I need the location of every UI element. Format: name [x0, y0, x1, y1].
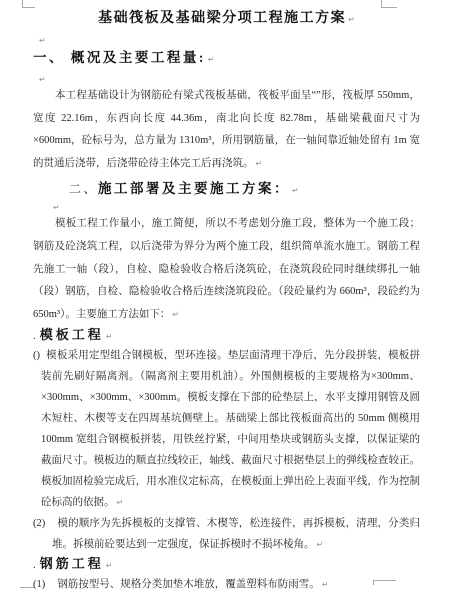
heading-bullet: .: [33, 559, 36, 571]
formwork-list-item-2: (2)模的顺序为先拆模板的支撑管、木楔等，松连接件，再拆模板，清理，分类归堆。拆…: [33, 513, 420, 555]
section2-paragraph-text: 模板工程工作量小，施工简便，所以不考虑划分施工段，整体为一个施工段；钢筋及砼浇筑…: [33, 218, 420, 319]
empty-paragraph: ↵: [33, 31, 420, 48]
section1-heading: 一、 概况及主要工程量:↵: [33, 48, 420, 70]
section1-paragraph-text: 本工程基础设计为钢筋砼有梁式筏板基础，筏板平面呈“”形，筏板厚 550mm，宽度…: [33, 90, 420, 169]
paragraph-mark: ↵: [53, 203, 60, 212]
paragraph-mark: ↵: [39, 36, 46, 45]
paragraph-mark: ↵: [256, 159, 263, 168]
crop-mark-bottom-right: [373, 580, 396, 585]
document-page: 基础筏板及基础梁分项工程施工方案↵ ↵ 一、 概况及主要工程量:↵ ↵ 本工程基…: [0, 0, 450, 592]
document-content: 基础筏板及基础梁分项工程施工方案↵ ↵ 一、 概况及主要工程量:↵ ↵ 本工程基…: [0, 0, 450, 592]
document-title-text: 基础筏板及基础梁分项工程施工方案: [98, 11, 346, 26]
formwork-heading-text: 模板工程: [40, 327, 104, 342]
paragraph-mark: ↵: [317, 540, 324, 549]
paragraph-mark: ↵: [348, 15, 355, 24]
empty-paragraph: ↵: [33, 200, 420, 213]
list-item-marker: (2): [33, 518, 45, 529]
paragraph-mark: ↵: [172, 310, 179, 319]
paragraph-mark: ↵: [106, 561, 113, 570]
crop-mark-top-left: [22, 0, 35, 8]
rebar-subsection-heading: .钢筋工程↵: [33, 555, 420, 574]
paragraph-mark: ↵: [208, 55, 215, 64]
paragraph-mark: ↵: [292, 186, 299, 195]
rebar-item-1-text: 钢筋按型号、规格分类加垫木堆放，覆盖塑料布防雨雪。: [57, 579, 320, 590]
rebar-heading-text: 钢筋工程: [40, 556, 104, 571]
formwork-list-item-1: ()模板采用定型组合钢模板，型环连接。垫层面清理干净后，先分段拼装，模板拼装前先…: [33, 345, 420, 513]
list-item-marker: (1): [33, 579, 45, 590]
paragraph-mark: ↵: [106, 332, 113, 341]
formwork-item-1-text: 模板采用定型组合钢模板，型环连接。垫层面清理干净后，先分段拼装，模板拼装前先刷好…: [41, 350, 420, 508]
rebar-list-item-1: (1)钢筋按型号、规格分类加垫木堆放，覆盖塑料布防雨雪。↵: [33, 574, 420, 592]
empty-paragraph: ↵: [33, 70, 420, 85]
section2-heading-number: 二、: [69, 182, 98, 196]
paragraph-mark: ↵: [117, 498, 124, 507]
crop-mark-top-right: [381, 0, 397, 8]
formwork-item-2-text: 模的顺序为先拆模板的支撑管、木楔等，松连接件，再拆模板，清理，分类归堆。拆模前砼…: [52, 518, 420, 550]
formwork-subsection-heading: .模板工程↵: [33, 326, 420, 345]
crop-mark-bottom-left: [20, 587, 34, 592]
section2-heading-text: 施工部署及主要施工方案：: [98, 181, 290, 196]
heading-bullet: .: [33, 330, 36, 342]
paragraph-mark: ↵: [39, 75, 46, 84]
section2-paragraph: 模板工程工作量小，施工简便，所以不考虑划分施工段，整体为一个施工段；钢筋及砼浇筑…: [33, 213, 420, 326]
section1-paragraph: 本工程基础设计为钢筋砼有梁式筏板基础，筏板平面呈“”形，筏板厚 550mm，宽度…: [33, 85, 420, 175]
list-item-marker: (): [33, 350, 40, 361]
section2-heading: 二、施工部署及主要施工方案：↵: [33, 179, 420, 200]
paragraph-mark: ↵: [322, 580, 329, 589]
document-title: 基础筏板及基础梁分项工程施工方案↵: [33, 8, 420, 31]
section1-heading-text: 一、 概况及主要工程量:: [33, 50, 206, 65]
